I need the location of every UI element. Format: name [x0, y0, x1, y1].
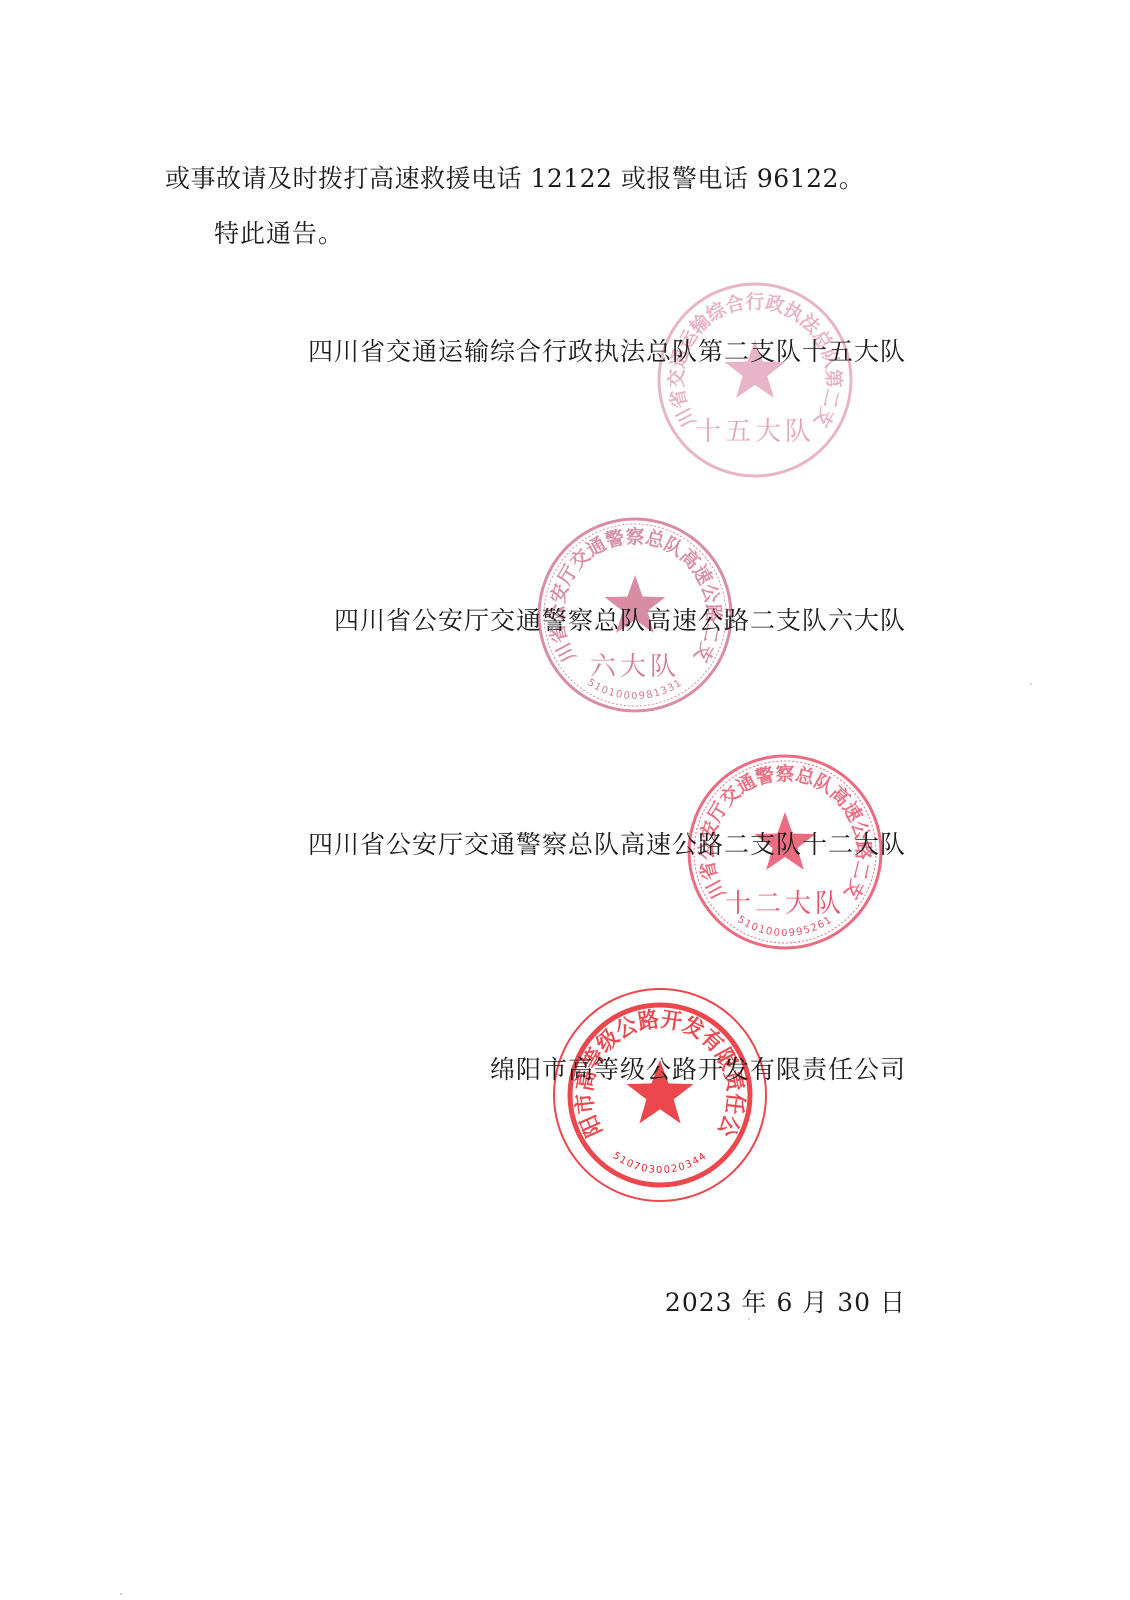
svg-text:六大队: 六大队 — [590, 652, 680, 682]
continuation-paragraph: 或事故请及时拨打高速救援电话 12122 或报警电话 96122。 — [165, 163, 864, 195]
signatory-name: 四川省交通运输综合行政执法总队第二支队十五大队 — [308, 336, 906, 368]
signatory-name: 四川省公安厅交通警察总队高速公路二支队六大队 — [334, 605, 906, 637]
signatory-name: 绵阳市高等级公路开发有限责任公司 — [490, 1054, 906, 1086]
svg-text:十二大队: 十二大队 — [725, 889, 845, 919]
svg-text:四川省公安厅交通警察总队高速公路二支队: 四川省公安厅交通警察总队高速公路二支队 — [676, 735, 875, 903]
scan-speck — [120, 1593, 122, 1595]
issue-date: 2023 年 6 月 30 日 — [665, 1287, 906, 1319]
scan-speck — [1030, 683, 1032, 685]
svg-text:四川省公安厅交通警察总队高速公路二支队: 四川省公安厅交通警察总队高速公路二支队 — [526, 498, 725, 666]
closing-statement: 特此通告。 — [214, 218, 344, 250]
svg-text:十五大队: 十五大队 — [695, 417, 815, 447]
svg-text:5107030020344: 5107030020344 — [611, 1150, 710, 1176]
official-seal: 四川省交通运输综合行政执法总队第二支队十五大队 — [655, 280, 855, 480]
signatory-name: 四川省公安厅交通警察总队高速公路二支队十二大队 — [308, 829, 906, 861]
official-seal: 绵阳市高等级公路开发有限责任公司5107030020344 — [550, 985, 770, 1205]
